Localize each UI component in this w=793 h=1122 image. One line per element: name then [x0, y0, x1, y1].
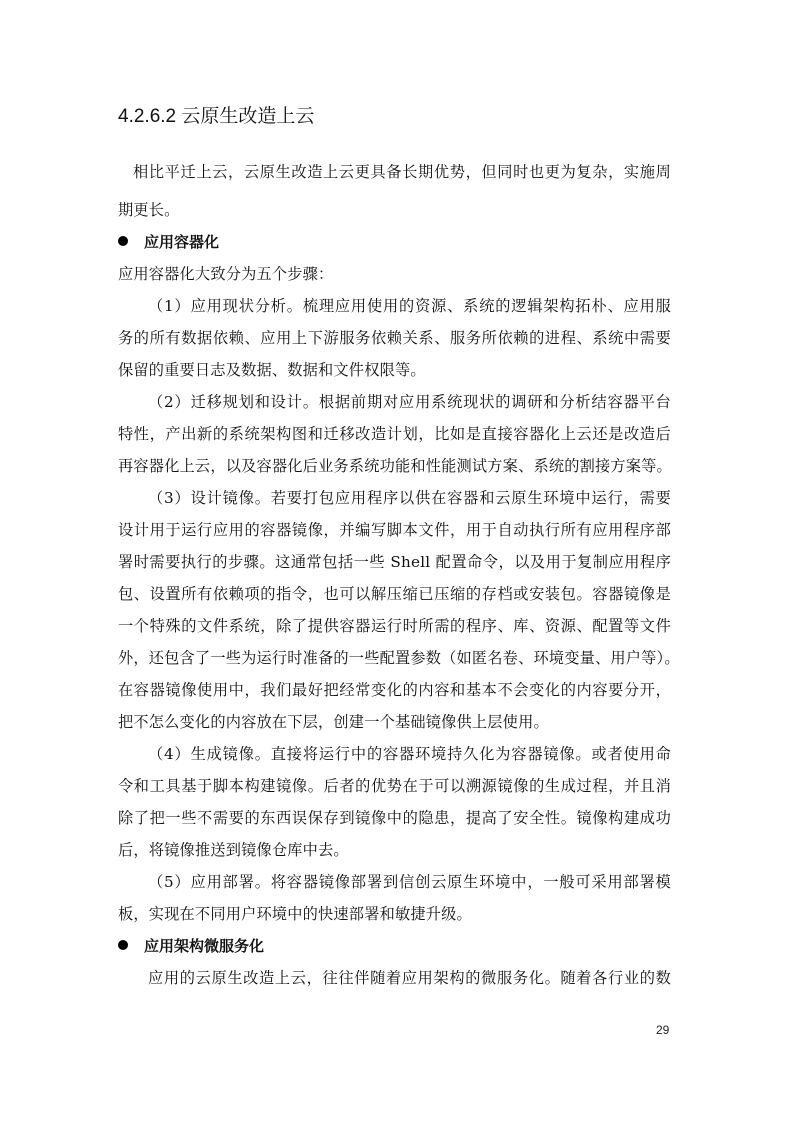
- step5-line: （5）应用部署。将容器镜像部署到信创云原生环境中，一般可采用部署模: [148, 872, 671, 892]
- bullet-label: 应用容器化: [144, 233, 219, 251]
- step3-line: 在容器镜像使用中，我们最好把经常变化的内容和基本不会变化的内容要分开，: [118, 680, 671, 700]
- bullet-icon: [118, 236, 128, 246]
- bullet-icon: [118, 940, 128, 950]
- paragraph-line: 期更长。: [118, 200, 671, 220]
- step3-line: （3）设计镜像。若要打包应用程序以供在容器和云原生环境中运行，需要: [148, 488, 671, 508]
- step3-line: 设计用于运行应用的容器镜像，并编写脚本文件，用于自动执行所有应用程序部: [118, 520, 671, 540]
- step1-line: 务的所有数据依赖、应用上下游服务依赖关系、服务所依赖的进程、系统中需要: [118, 328, 671, 348]
- step2-line: 再容器化上云，以及容器化后业务系统功能和性能测试方案、系统的割接方案等。: [118, 456, 671, 476]
- step3-line: 一个特殊的文件系统，除了提供容器运行时所需的程序、库、资源、配置等文件: [118, 616, 671, 636]
- step4-line: 除了把一些不需要的东西误保存到镜像中的隐患，提高了安全性。镜像构建成功: [118, 808, 671, 828]
- paragraph-line: 相比平迁上云，云原生改造上云更具备长期优势，但同时也更为复杂，实施周: [133, 162, 671, 182]
- section-heading: 4.2.6.2 云原生改造上云: [118, 104, 314, 130]
- step4-line: 后，将镜像推送到镜像仓库中去。: [118, 840, 671, 860]
- step4-line: 令和工具基于脚本构建镜像。后者的优势在于可以溯源镜像的生成过程，并且消: [118, 776, 671, 796]
- step5-line: 板，实现在不同用户环境中的快速部署和敏捷升级。: [118, 904, 671, 924]
- bullet-label: 应用架构微服务化: [144, 937, 264, 955]
- paragraph-line: 应用容器化大致分为五个步骤：: [118, 264, 671, 284]
- step3-line: 把不怎么变化的内容放在下层，创建一个基础镜像供上层使用。: [118, 712, 671, 732]
- step3-line: 包、设置所有依赖项的指令，也可以解压缩已压缩的存档或安装包。容器镜像是: [118, 584, 671, 604]
- document-page: 4.2.6.2 云原生改造上云 相比平迁上云，云原生改造上云更具备长期优势，但同…: [0, 0, 793, 1122]
- bullet-heading-microservices: 应用架构微服务化: [118, 936, 264, 956]
- paragraph-line: 应用的云原生改造上云，往往伴随着应用架构的微服务化。随着各行业的数: [148, 968, 671, 988]
- step1-line: 保留的重要日志及数据、数据和文件权限等。: [118, 360, 671, 380]
- step2-line: 特性，产出新的系统架构图和迁移改造计划，比如是直接容器化上云还是改造后: [118, 424, 671, 444]
- step1-line: （1）应用现状分析。梳理应用使用的资源、系统的逻辑架构拓朴、应用服: [148, 296, 671, 316]
- bullet-heading-containerization: 应用容器化: [118, 232, 219, 252]
- step4-line: （4）生成镜像。直接将运行中的容器环境持久化为容器镜像。或者使用命: [148, 744, 671, 764]
- step2-line: （2）迁移规划和设计。根据前期对应用系统现状的调研和分析结容器平台: [148, 392, 671, 412]
- page-number: 29: [656, 1023, 669, 1037]
- step3-line: 署时需要执行的步骤。这通常包括一些 Shell 配置命令，以及用于复制应用程序: [118, 552, 671, 572]
- step3-line: 外，还包含了一些为运行时准备的一些配置参数（如匿名卷、环境变量、用户等）。: [118, 648, 671, 668]
